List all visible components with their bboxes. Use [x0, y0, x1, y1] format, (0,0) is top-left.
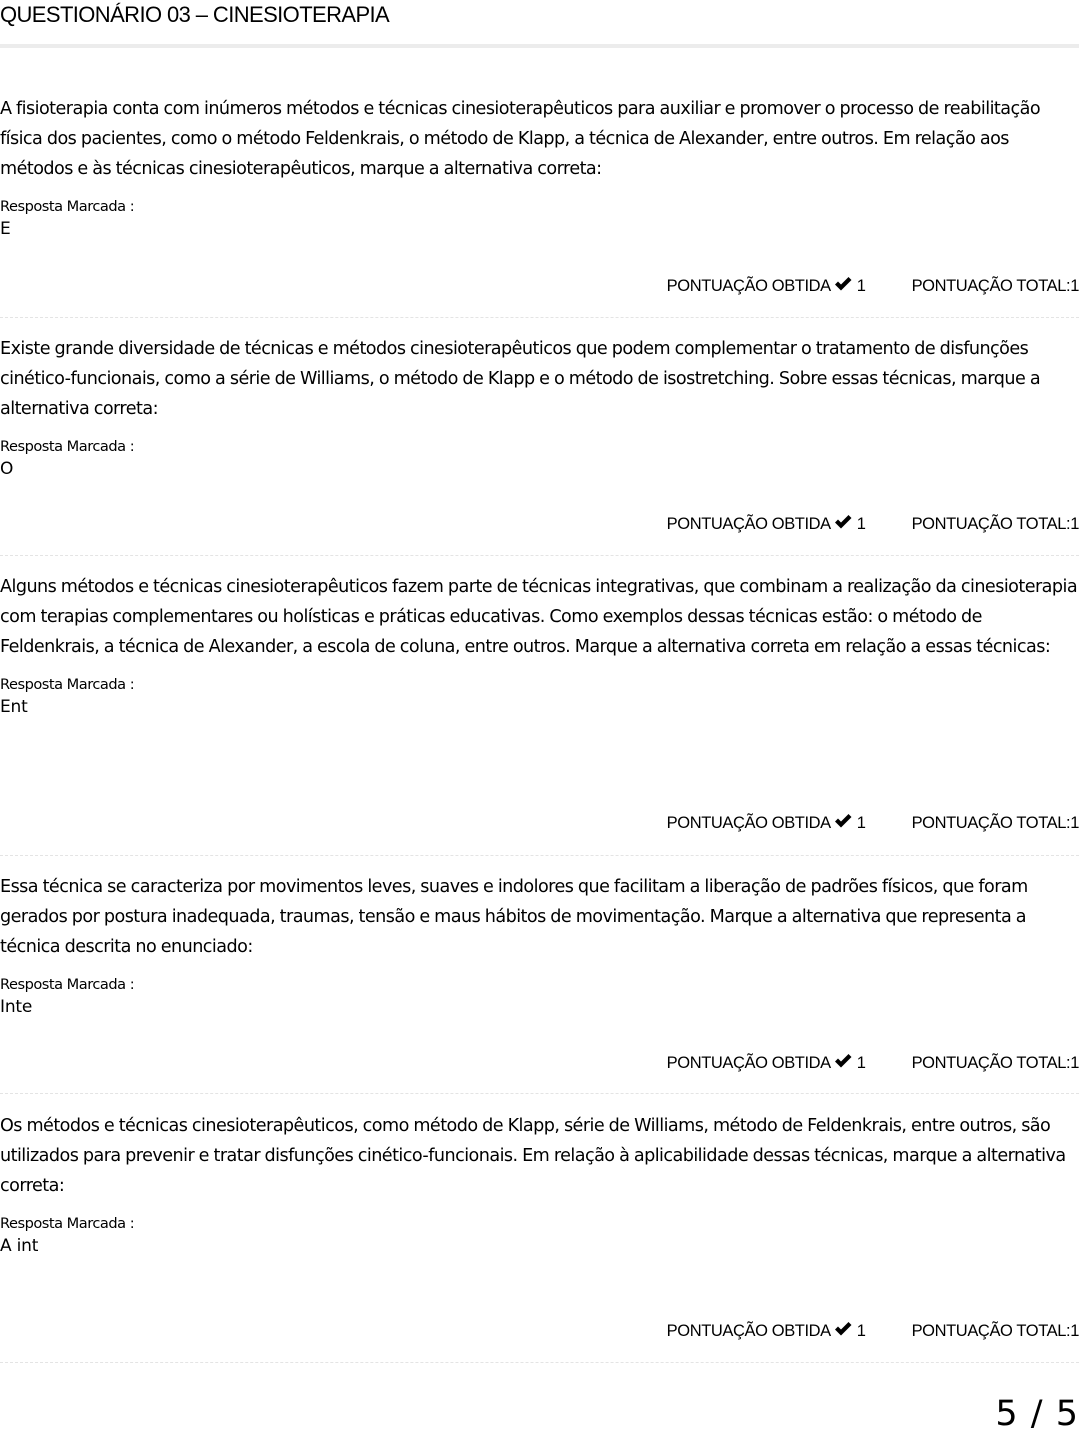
check-icon [834, 1053, 852, 1069]
score-obtained-label: PONTUAÇÃO OBTIDA [667, 1322, 831, 1341]
page-title: QUESTIONÁRIO 03 – CINESIOTERAPIA [0, 2, 389, 28]
question-text: Alguns métodos e técnicas cinesioterapêu… [0, 572, 1079, 663]
divider [0, 1093, 1079, 1094]
score-obtained-value: 1 [857, 277, 866, 296]
score-obtained-value: 1 [857, 1054, 866, 1073]
score-obtained-value: 1 [857, 1322, 866, 1341]
check-icon [834, 514, 852, 530]
question-text: A fisioterapia conta com inúmeros método… [0, 94, 1079, 185]
answer-label: Resposta Marcada : [0, 197, 1079, 217]
score-row: PONTUAÇÃO OBTIDA 1 PONTUAÇÃO TOTAL: 1 [667, 811, 1079, 835]
check-icon [834, 276, 852, 292]
score-obtained-label: PONTUAÇÃO OBTIDA [667, 277, 831, 296]
score-obtained: PONTUAÇÃO OBTIDA 1 [667, 1054, 866, 1073]
answer-value: E [0, 217, 1079, 241]
question-text: Existe grande diversidade de técnicas e … [0, 334, 1079, 425]
score-obtained-value: 1 [857, 814, 866, 833]
score-obtained-value: 1 [857, 515, 866, 534]
score-obtained-label: PONTUAÇÃO OBTIDA [667, 814, 831, 833]
score-total-label: PONTUAÇÃO TOTAL: [912, 515, 1071, 534]
divider [0, 855, 1079, 856]
score-obtained: PONTUAÇÃO OBTIDA 1 [667, 1322, 866, 1341]
final-score: 5 / 5 [995, 1392, 1079, 1434]
score-total-value: 1 [1070, 814, 1079, 833]
score-total-value: 1 [1070, 515, 1079, 534]
answer-value: Inte [0, 995, 1079, 1019]
score-total-label: PONTUAÇÃO TOTAL: [912, 1322, 1071, 1341]
question-text: Essa técnica se caracteriza por moviment… [0, 872, 1079, 963]
score-obtained: PONTUAÇÃO OBTIDA 1 [667, 515, 866, 534]
divider [0, 317, 1079, 318]
answer-value: Ent [0, 695, 1079, 719]
question-item: Alguns métodos e técnicas cinesioterapêu… [0, 572, 1079, 719]
check-icon [834, 813, 852, 829]
question-item: A fisioterapia conta com inúmeros método… [0, 94, 1079, 241]
score-total-label: PONTUAÇÃO TOTAL: [912, 1054, 1071, 1073]
score-total-value: 1 [1070, 1054, 1079, 1073]
score-obtained-label: PONTUAÇÃO OBTIDA [667, 515, 831, 534]
score-obtained: PONTUAÇÃO OBTIDA 1 [667, 814, 866, 833]
question-item: Os métodos e técnicas cinesioterapêutico… [0, 1111, 1079, 1258]
divider [0, 555, 1079, 556]
score-obtained: PONTUAÇÃO OBTIDA 1 [667, 277, 866, 296]
question-item: Existe grande diversidade de técnicas e … [0, 334, 1079, 481]
score-total-label: PONTUAÇÃO TOTAL: [912, 277, 1071, 296]
score-total-value: 1 [1070, 277, 1079, 296]
question-text: Os métodos e técnicas cinesioterapêutico… [0, 1111, 1079, 1202]
answer-value: A int [0, 1234, 1079, 1258]
page-header: QUESTIONÁRIO 03 – CINESIOTERAPIA [0, 0, 1079, 48]
divider [0, 1362, 1079, 1363]
check-icon [834, 1321, 852, 1337]
answer-label: Resposta Marcada : [0, 675, 1079, 695]
score-row: PONTUAÇÃO OBTIDA 1 PONTUAÇÃO TOTAL: 1 [667, 274, 1079, 298]
score-obtained-label: PONTUAÇÃO OBTIDA [667, 1054, 831, 1073]
question-item: Essa técnica se caracteriza por moviment… [0, 872, 1079, 1019]
score-row: PONTUAÇÃO OBTIDA 1 PONTUAÇÃO TOTAL: 1 [667, 1319, 1079, 1343]
score-row: PONTUAÇÃO OBTIDA 1 PONTUAÇÃO TOTAL: 1 [667, 1051, 1079, 1075]
answer-label: Resposta Marcada : [0, 1214, 1079, 1234]
answer-label: Resposta Marcada : [0, 975, 1079, 995]
answer-value: O [0, 457, 1079, 481]
score-row: PONTUAÇÃO OBTIDA 1 PONTUAÇÃO TOTAL: 1 [667, 512, 1079, 536]
score-total-value: 1 [1070, 1322, 1079, 1341]
score-total-label: PONTUAÇÃO TOTAL: [912, 814, 1071, 833]
answer-label: Resposta Marcada : [0, 437, 1079, 457]
